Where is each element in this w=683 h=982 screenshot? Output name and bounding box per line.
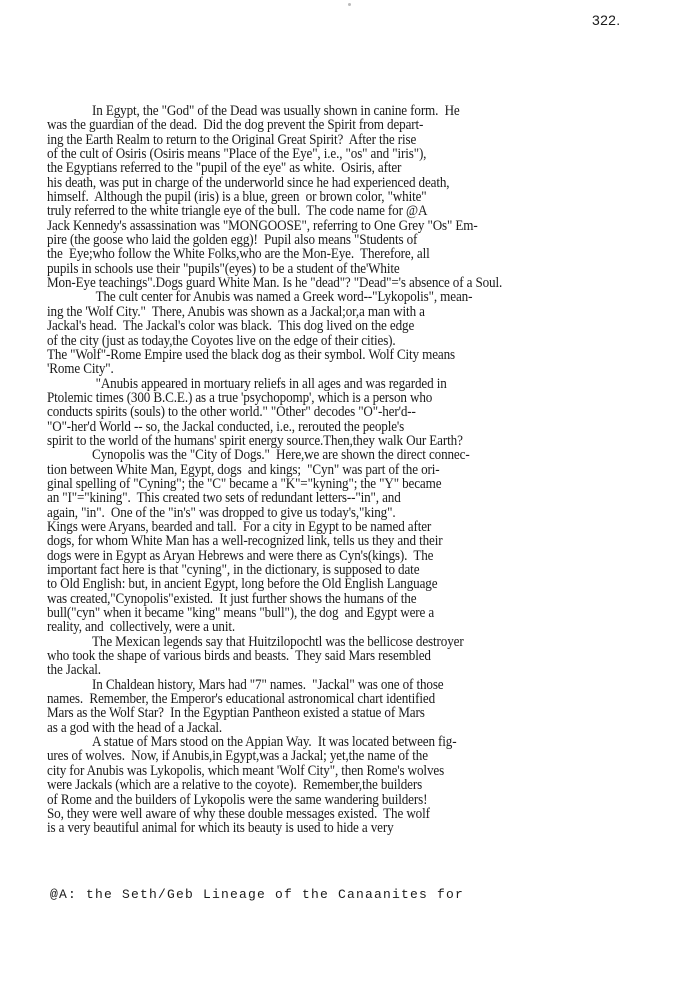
text-line: who took the shape of various birds and … — [47, 649, 619, 663]
text-line: himself. Although the pupil (iris) is a … — [47, 190, 619, 204]
text-line: was created,"Cynopolis"existed. It just … — [47, 592, 619, 606]
text-line: Jackal's head. The Jackal's color was bl… — [47, 319, 619, 333]
text-line: of the cult of Osiris (Osiris means "Pla… — [47, 147, 619, 161]
text-line: Cynopolis was the "City of Dogs." Here,w… — [47, 448, 619, 462]
text-line: pupils in schools use their "pupils"(eye… — [47, 262, 619, 276]
text-line: Jack Kennedy's assassination was "MONGOO… — [47, 219, 619, 233]
text-line: "Anubis appeared in mortuary reliefs in … — [47, 377, 619, 391]
text-line: ures of wolves. Now, if Anubis,in Egypt,… — [47, 749, 619, 763]
text-line: Mars as the Wolf Star? In the Egyptian P… — [47, 706, 619, 720]
text-line: was the guardian of the dead. Did the do… — [47, 118, 619, 132]
text-line: an "I"="kining". This created two sets o… — [47, 491, 619, 505]
text-line: dogs were in Egypt as Aryan Hebrews and … — [47, 549, 619, 563]
text-line: bull("cyn" when it became "king" means "… — [47, 606, 619, 620]
text-line: his death, was put in charge of the unde… — [47, 176, 619, 190]
text-line: the Eye;who follow the White Folks,who a… — [47, 247, 619, 261]
text-line: The "Wolf"-Rome Empire used the black do… — [47, 348, 619, 362]
text-line: of Rome and the builders of Lykopolis we… — [47, 793, 619, 807]
text-line: truly referred to the white triangle eye… — [47, 204, 619, 218]
footnote: @A: the Seth/Geb Lineage of the Canaanit… — [50, 887, 464, 902]
text-line: important fact here is that "cyning", in… — [47, 563, 619, 577]
text-line: So, they were well aware of why these do… — [47, 807, 619, 821]
body-text: In Egypt, the "God" of the Dead was usua… — [47, 104, 683, 836]
page-number: 322. — [592, 12, 620, 28]
text-line: dogs, for whom White Man has a well-reco… — [47, 534, 619, 548]
text-line: city for Anubis was Lykopolis, which mea… — [47, 764, 619, 778]
text-line: reality, and collectively, were a unit. — [47, 620, 619, 634]
text-line: to Old English: but, in ancient Egypt, l… — [47, 577, 619, 591]
text-line: pire (the goose who laid the golden egg)… — [47, 233, 619, 247]
text-line: were Jackals (which are a relative to th… — [47, 778, 619, 792]
text-line: again, "in". One of the "in's" was dropp… — [47, 506, 619, 520]
text-line: In Egypt, the "God" of the Dead was usua… — [47, 104, 619, 118]
text-line: Kings were Aryans, bearded and tall. For… — [47, 520, 619, 534]
text-line: ginal spelling of "Cyning"; the "C" beca… — [47, 477, 619, 491]
text-line: 'Rome City". — [47, 362, 619, 376]
text-line: the Egyptians referred to the "pupil of … — [47, 161, 619, 175]
text-line: Mon-Eye teachings".Dogs guard White Man.… — [47, 276, 619, 290]
text-line: ing the 'Wolf City." There, Anubis was s… — [47, 305, 619, 319]
text-line: Ptolemic times (300 B.C.E.) as a true 'p… — [47, 391, 619, 405]
text-line: is a very beautiful animal for which its… — [47, 821, 619, 835]
text-line: spirit to the world of the humans' spiri… — [47, 434, 619, 448]
text-line: the Jackal. — [47, 663, 619, 677]
text-line: names. Remember, the Emperor's education… — [47, 692, 619, 706]
text-line: "O"-her'd World -- so, the Jackal conduc… — [47, 420, 619, 434]
text-line: The cult center for Anubis was named a G… — [47, 290, 619, 304]
text-line: as a god with the head of a Jackal. — [47, 721, 619, 735]
scan-speck — [348, 3, 351, 6]
text-line: of the city (just as today,the Coyotes l… — [47, 334, 619, 348]
text-line: A statue of Mars stood on the Appian Way… — [47, 735, 619, 749]
text-line: ing the Earth Realm to return to the Ori… — [47, 133, 619, 147]
text-line: tion between White Man, Egypt, dogs and … — [47, 463, 619, 477]
text-line: conducts spirits (souls) to the other wo… — [47, 405, 619, 419]
text-line: In Chaldean history, Mars had "7" names.… — [47, 678, 619, 692]
text-line: The Mexican legends say that Huitzilopoc… — [47, 635, 619, 649]
